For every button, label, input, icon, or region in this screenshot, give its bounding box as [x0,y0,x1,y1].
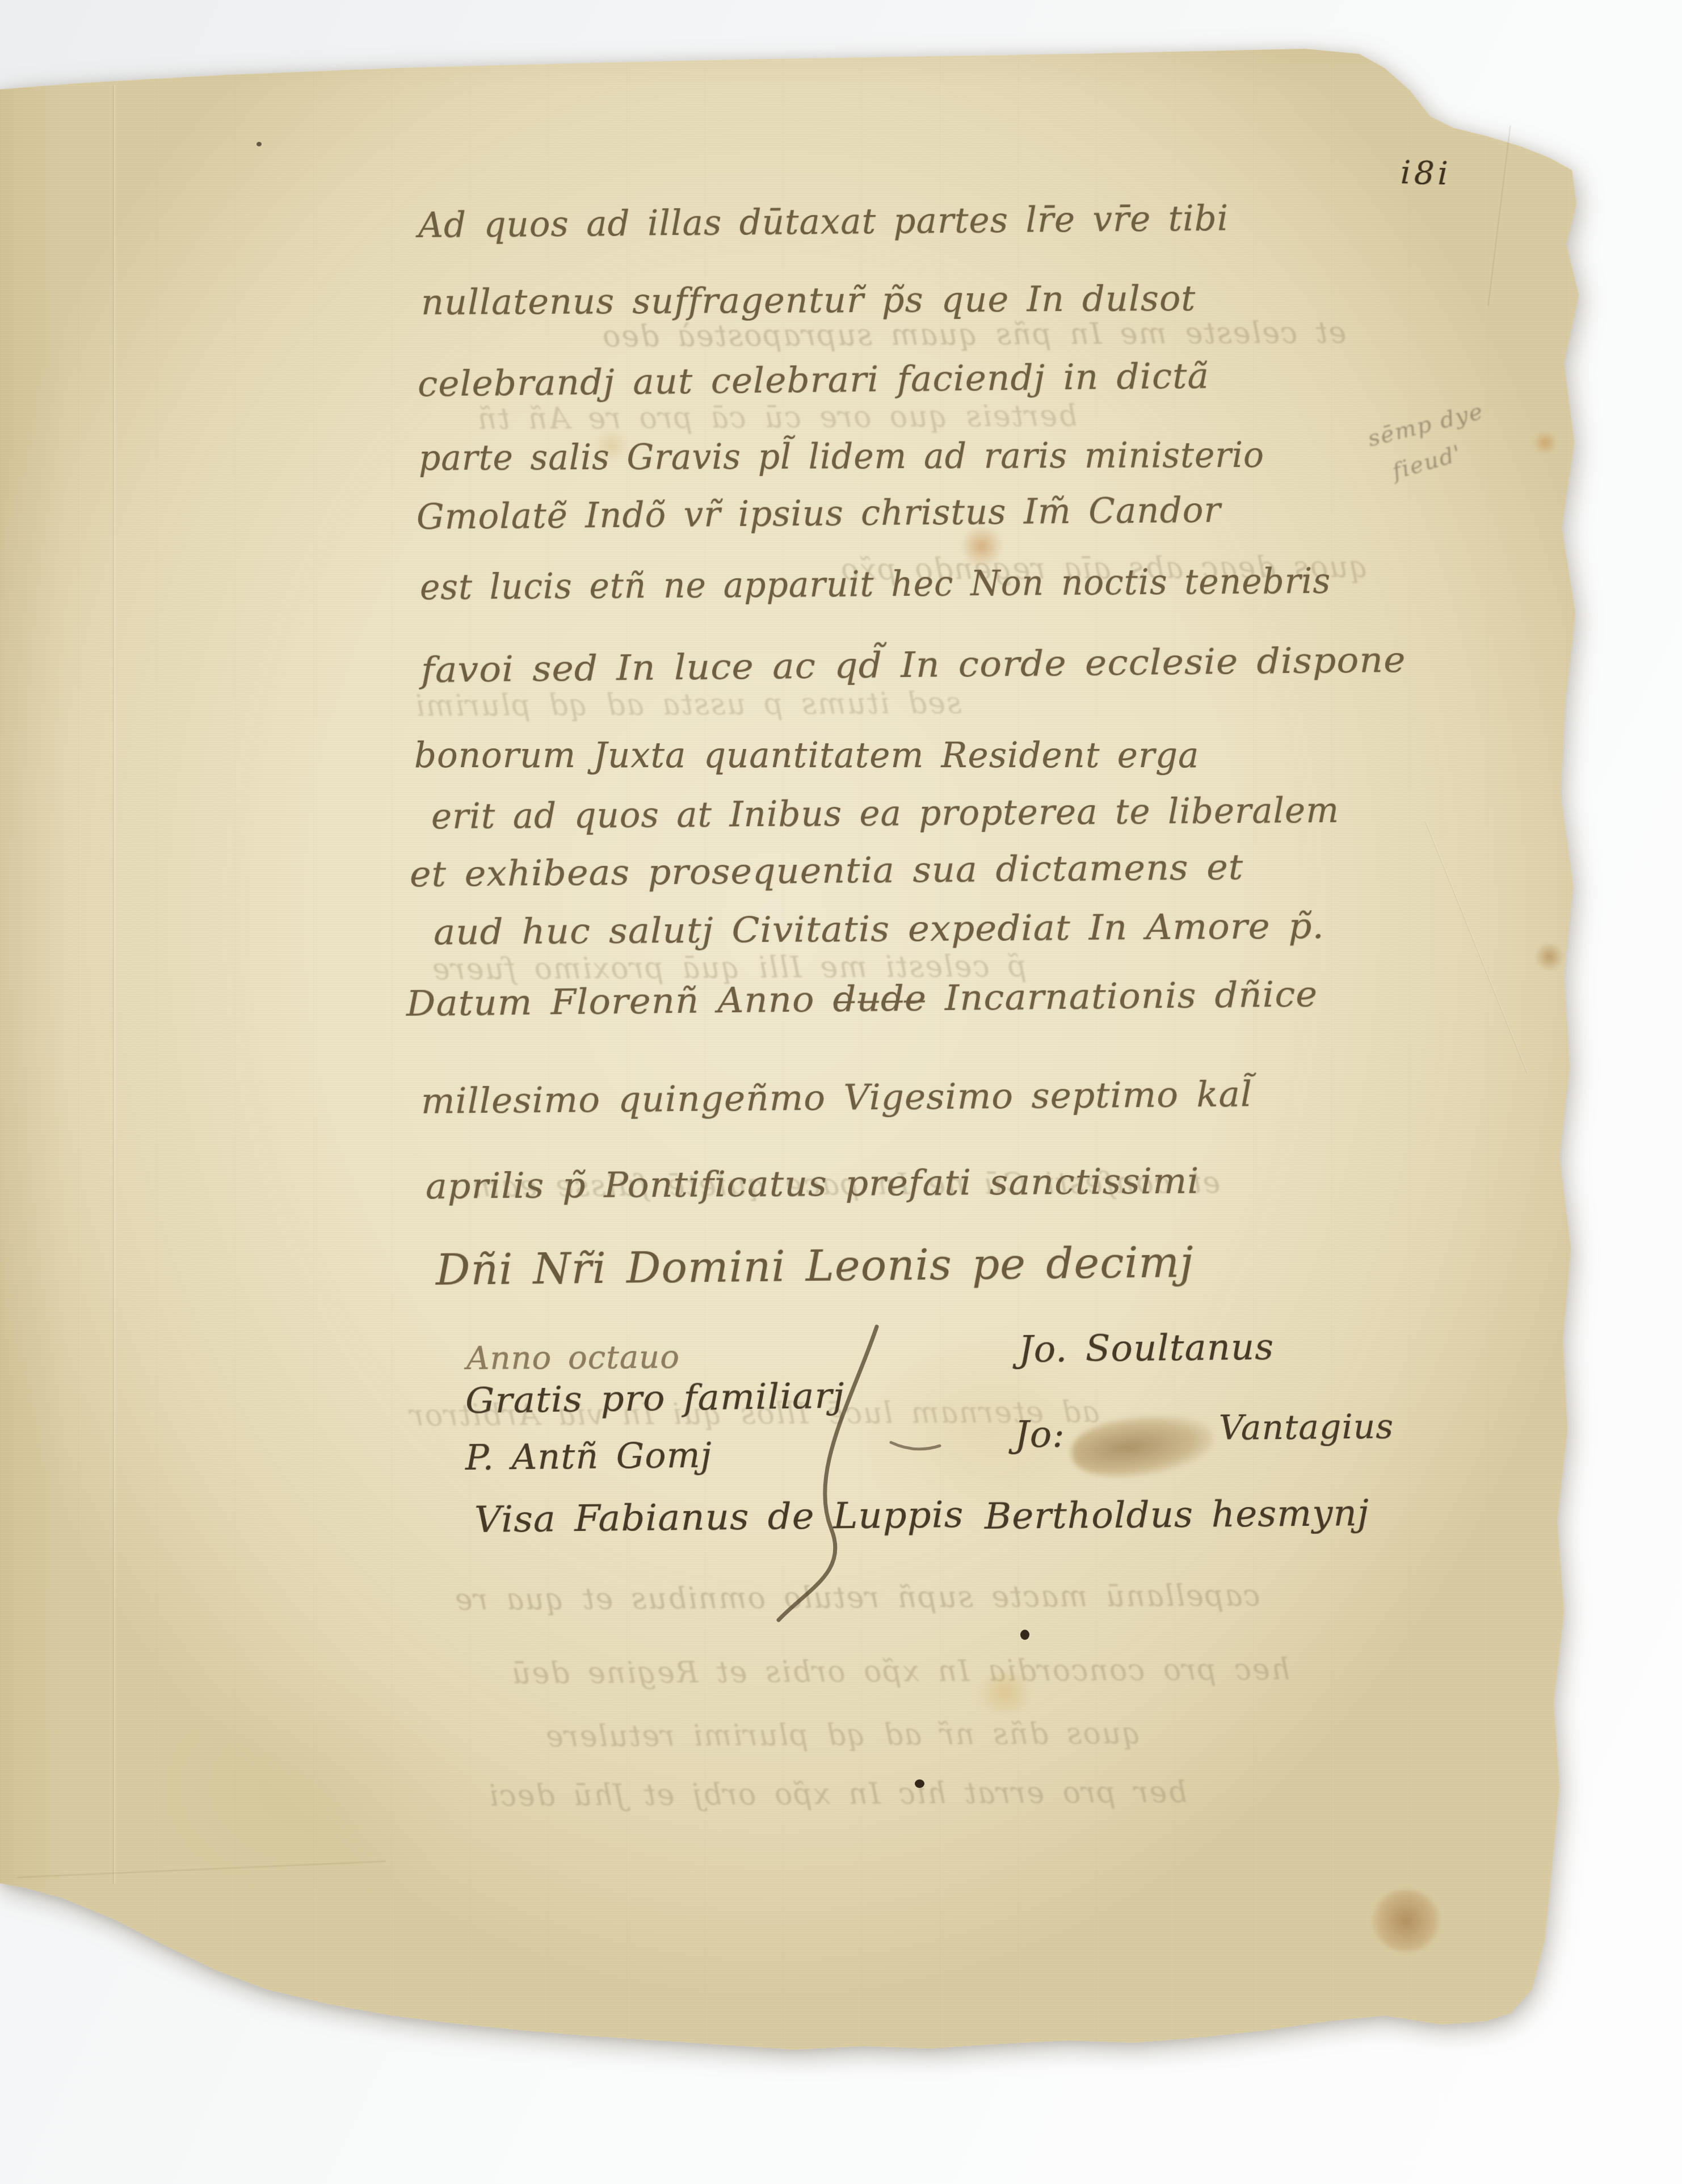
signature-vantagius: Vantagius [1219,1407,1394,1448]
bleedthrough-line: hec pro concordia In xp̃o orbis et Regin… [511,1652,1290,1690]
signature-soultanus: Jo. Soultanus [1019,1326,1275,1371]
bleedthrough-line: capellanū macte supñ retulo omnibus et q… [454,1579,1260,1617]
manuscript-line-dateline: aprilis p̃ Pontificatus prefati sanctiss… [426,1161,1200,1207]
manuscript-line: aud huc salutj Civitatis expediat In Amo… [434,906,1324,953]
signature-jo: Jo: [1015,1414,1065,1456]
manuscript-line: bonorum Juxta quantitatem Resident erga [414,735,1199,776]
manuscript-line: parte salis Gravis pl̃ lidem ad raris mi… [419,435,1264,478]
manuscript-line: Gmolatẽ Indõ vr̃ ipsius christus Im̃ Can… [417,490,1221,537]
bleedthrough-line: berteis quo ore cū cā pro re Añ tñ [477,399,1078,436]
manuscript-line-dateline: millesimo quingeñmo Vigesimo septimo kal… [421,1074,1253,1122]
signature-bertholdus: Bertholdus hesmynj [985,1492,1369,1537]
ink-speck [256,142,262,146]
signature-gratis-note: Gratis pro familiarj [465,1375,844,1421]
bleedthrough-line: quos dñs nr̃ ad qd plurimi retulere [545,1716,1141,1753]
ink-speck [1020,1630,1029,1640]
manuscript-line: celebrandj aut celebrari faciendj in dic… [418,356,1210,405]
bleedthrough-line: et celeste me In pñs quam supraposteà de… [602,316,1347,354]
folio-number: i8i [1400,154,1452,192]
manuscript-line: nullatenus suffragentur̃ p̃s que In duls… [421,279,1196,323]
bleedthrough-line: sed itums p ussta ad qd plurimi [414,686,962,723]
manuscript-line: erit ad quos at Inibus ea propterea te l… [431,790,1340,837]
signature-anno-octavo: Anno octauo [466,1339,680,1377]
manuscript-line: Ad quos ad illas dūtaxat partes lr̄e vr̄… [418,199,1229,246]
scanned-manuscript-page: { "document": { "kind": "handwritten man… [0,0,1682,2184]
ink-speck [915,1779,924,1788]
bleedthrough-line: ber pro errat hic In xp̃o orbj et Jhū de… [488,1775,1187,1813]
pontificate-heading-line: Dñi Nr̃i Domini Leonis pe decimj [436,1238,1194,1295]
manuscript-line: et exhibeas prosequentia sua dictamens e… [410,847,1244,895]
signature-registrar: P. Antñ Gomj [465,1434,712,1478]
signature-visa: Visa Fabianus de Luppis [474,1494,964,1541]
manuscript-line: est lucis etñ ne apparuit hec Non noctis… [420,561,1331,608]
